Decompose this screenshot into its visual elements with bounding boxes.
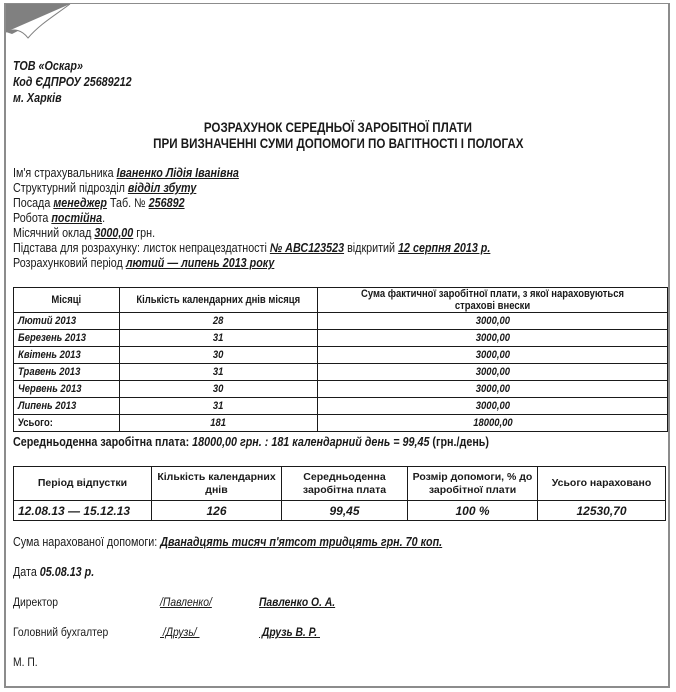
director-name: Павленко О. А. [259,595,348,609]
month-cell: Червень 2013 [14,381,120,398]
total-accrued: 12530,70 [538,501,666,521]
company-city: м. Харків [13,90,62,106]
average-daily-salary: Середньоденна заробітна плата: 18000,00 … [13,435,567,449]
month-cell: Усього: [14,415,120,432]
opened-date: 12 серпня 2013 р. [398,241,490,255]
header-sum: Сума фактичної заробітної плати, з якої … [318,288,668,313]
date-value: 05.08.13 р. [40,565,94,579]
header-calendar-days: Кількість календарних днів [152,467,282,501]
salary-table-row: Березень 2013313000,00 [14,330,668,347]
month-cell: Квітень 2013 [14,347,120,364]
benefit-percent: 100 % [408,501,538,521]
salary-cell: 18000,00 [318,415,668,432]
month-cell: Липень 2013 [14,398,120,415]
leave-period: 12.08.13 — 15.12.13 [14,501,152,521]
salary-cell: 3000,00 [318,381,668,398]
field-position: Посада менеджер Таб. № 256892 [13,196,212,211]
salary-cell: 3000,00 [318,364,668,381]
salary-table-total-row: Усього:18118000,00 [14,415,668,432]
month-cell: Лютий 2013 [14,313,120,330]
accountant-name: Друзь В. Р. [259,625,330,639]
insured-value: Іваненко Лідія Іванівна [117,166,239,180]
salary-table-row: Лютий 2013283000,00 [14,313,668,330]
average-formula: 18000,00 грн. : 181 календарний день = 9… [192,435,429,449]
benefit-table: Період відпустки Кількість календарних д… [13,466,666,521]
field-basis: Підстава для розрахунку: листок непрацез… [13,241,568,256]
salary-table-header: Місяці Кількість календарних днів місяця… [14,288,668,313]
stamp-place: М. П. [13,655,42,669]
accrued-sum: Сума нарахованої допомоги: Дванадцять ти… [13,535,512,549]
director-signature: /Павленко/ [160,595,220,609]
salary-table-row: Квітень 2013303000,00 [14,347,668,364]
days-cell: 31 [120,398,318,415]
benefit-table-header: Період відпустки Кількість календарних д… [14,467,666,501]
field-insured: Ім'я страхувальника Іваненко Лідія Івані… [13,166,276,181]
field-period: Розрахунковий період лютий — липень 2013… [13,256,317,271]
company-block: ТОВ «Оскар» Код ЄДПРОУ 25689212 м. Харкі… [13,58,151,106]
header-days: Кількість календарних днів місяця [120,288,318,313]
accrued-sum-words: Дванадцять тисяч п'ятсот тридцять грн. 7… [160,535,442,549]
salary-cell: 3000,00 [318,313,668,330]
period-value: лютий — липень 2013 року [126,256,275,270]
department-value: відділ збуту [128,181,196,195]
salary-table: Місяці Кількість календарних днів місяця… [13,287,668,432]
director-role: Директор [13,595,65,609]
company-code: Код ЄДПРОУ 25689212 [13,74,132,90]
document-date: Дата 05.08.13 р. [13,565,107,579]
work-value: постійна [51,211,102,225]
salary-table-row: Липень 2013313000,00 [14,398,668,415]
header-total-accrued: Усього нараховано [538,467,666,501]
salary-cell: 3000,00 [318,398,668,415]
tab-number-value: 256892 [149,196,185,210]
header-benefit-percent: Розмір допомоги, % до заробітної плати [408,467,538,501]
days-cell: 181 [120,415,318,432]
page-curl-icon [6,4,74,42]
field-department: Структурний підрозділ відділ збуту [13,181,226,196]
company-name: ТОВ «Оскар» [13,58,83,74]
position-value: менеджер [53,196,107,210]
benefit-table-row: 12.08.13 — 15.12.13 126 99,45 100 % 1253… [14,501,666,521]
month-cell: Березень 2013 [14,330,120,347]
days-cell: 30 [120,381,318,398]
days-cell: 31 [120,364,318,381]
salary-cell: 3000,00 [318,347,668,364]
salary-table-row: Червень 2013303000,00 [14,381,668,398]
document-title-line2: ПРИ ВИЗНАЧЕННІ СУМИ ДОПОМОГИ ПО ВАГІТНОС… [0,136,676,151]
document-title-line1: РОЗРАХУНОК СЕРЕДНЬОЇ ЗАРОБІТНОЇ ПЛАТИ [0,120,676,135]
field-salary: Місячний оклад 3000,00 грн. [13,226,178,241]
days-cell: 28 [120,313,318,330]
salary-value: 3000,00 [94,226,133,240]
accountant-role: Головний бухгалтер [13,625,124,639]
month-cell: Травень 2013 [14,364,120,381]
days-cell: 31 [120,330,318,347]
header-average-salary: Середньоденна заробітна плата [282,467,408,501]
average-salary: 99,45 [282,501,408,521]
field-work: Робота постійна. [13,211,120,226]
days-cell: 30 [120,347,318,364]
accountant-signature: /Друзь/ [160,625,206,639]
salary-table-row: Травень 2013313000,00 [14,364,668,381]
header-leave-period: Період відпустки [14,467,152,501]
calendar-days: 126 [152,501,282,521]
header-months: Місяці [14,288,120,313]
sick-leave-number: № АВС123523 [270,241,344,255]
salary-cell: 3000,00 [318,330,668,347]
